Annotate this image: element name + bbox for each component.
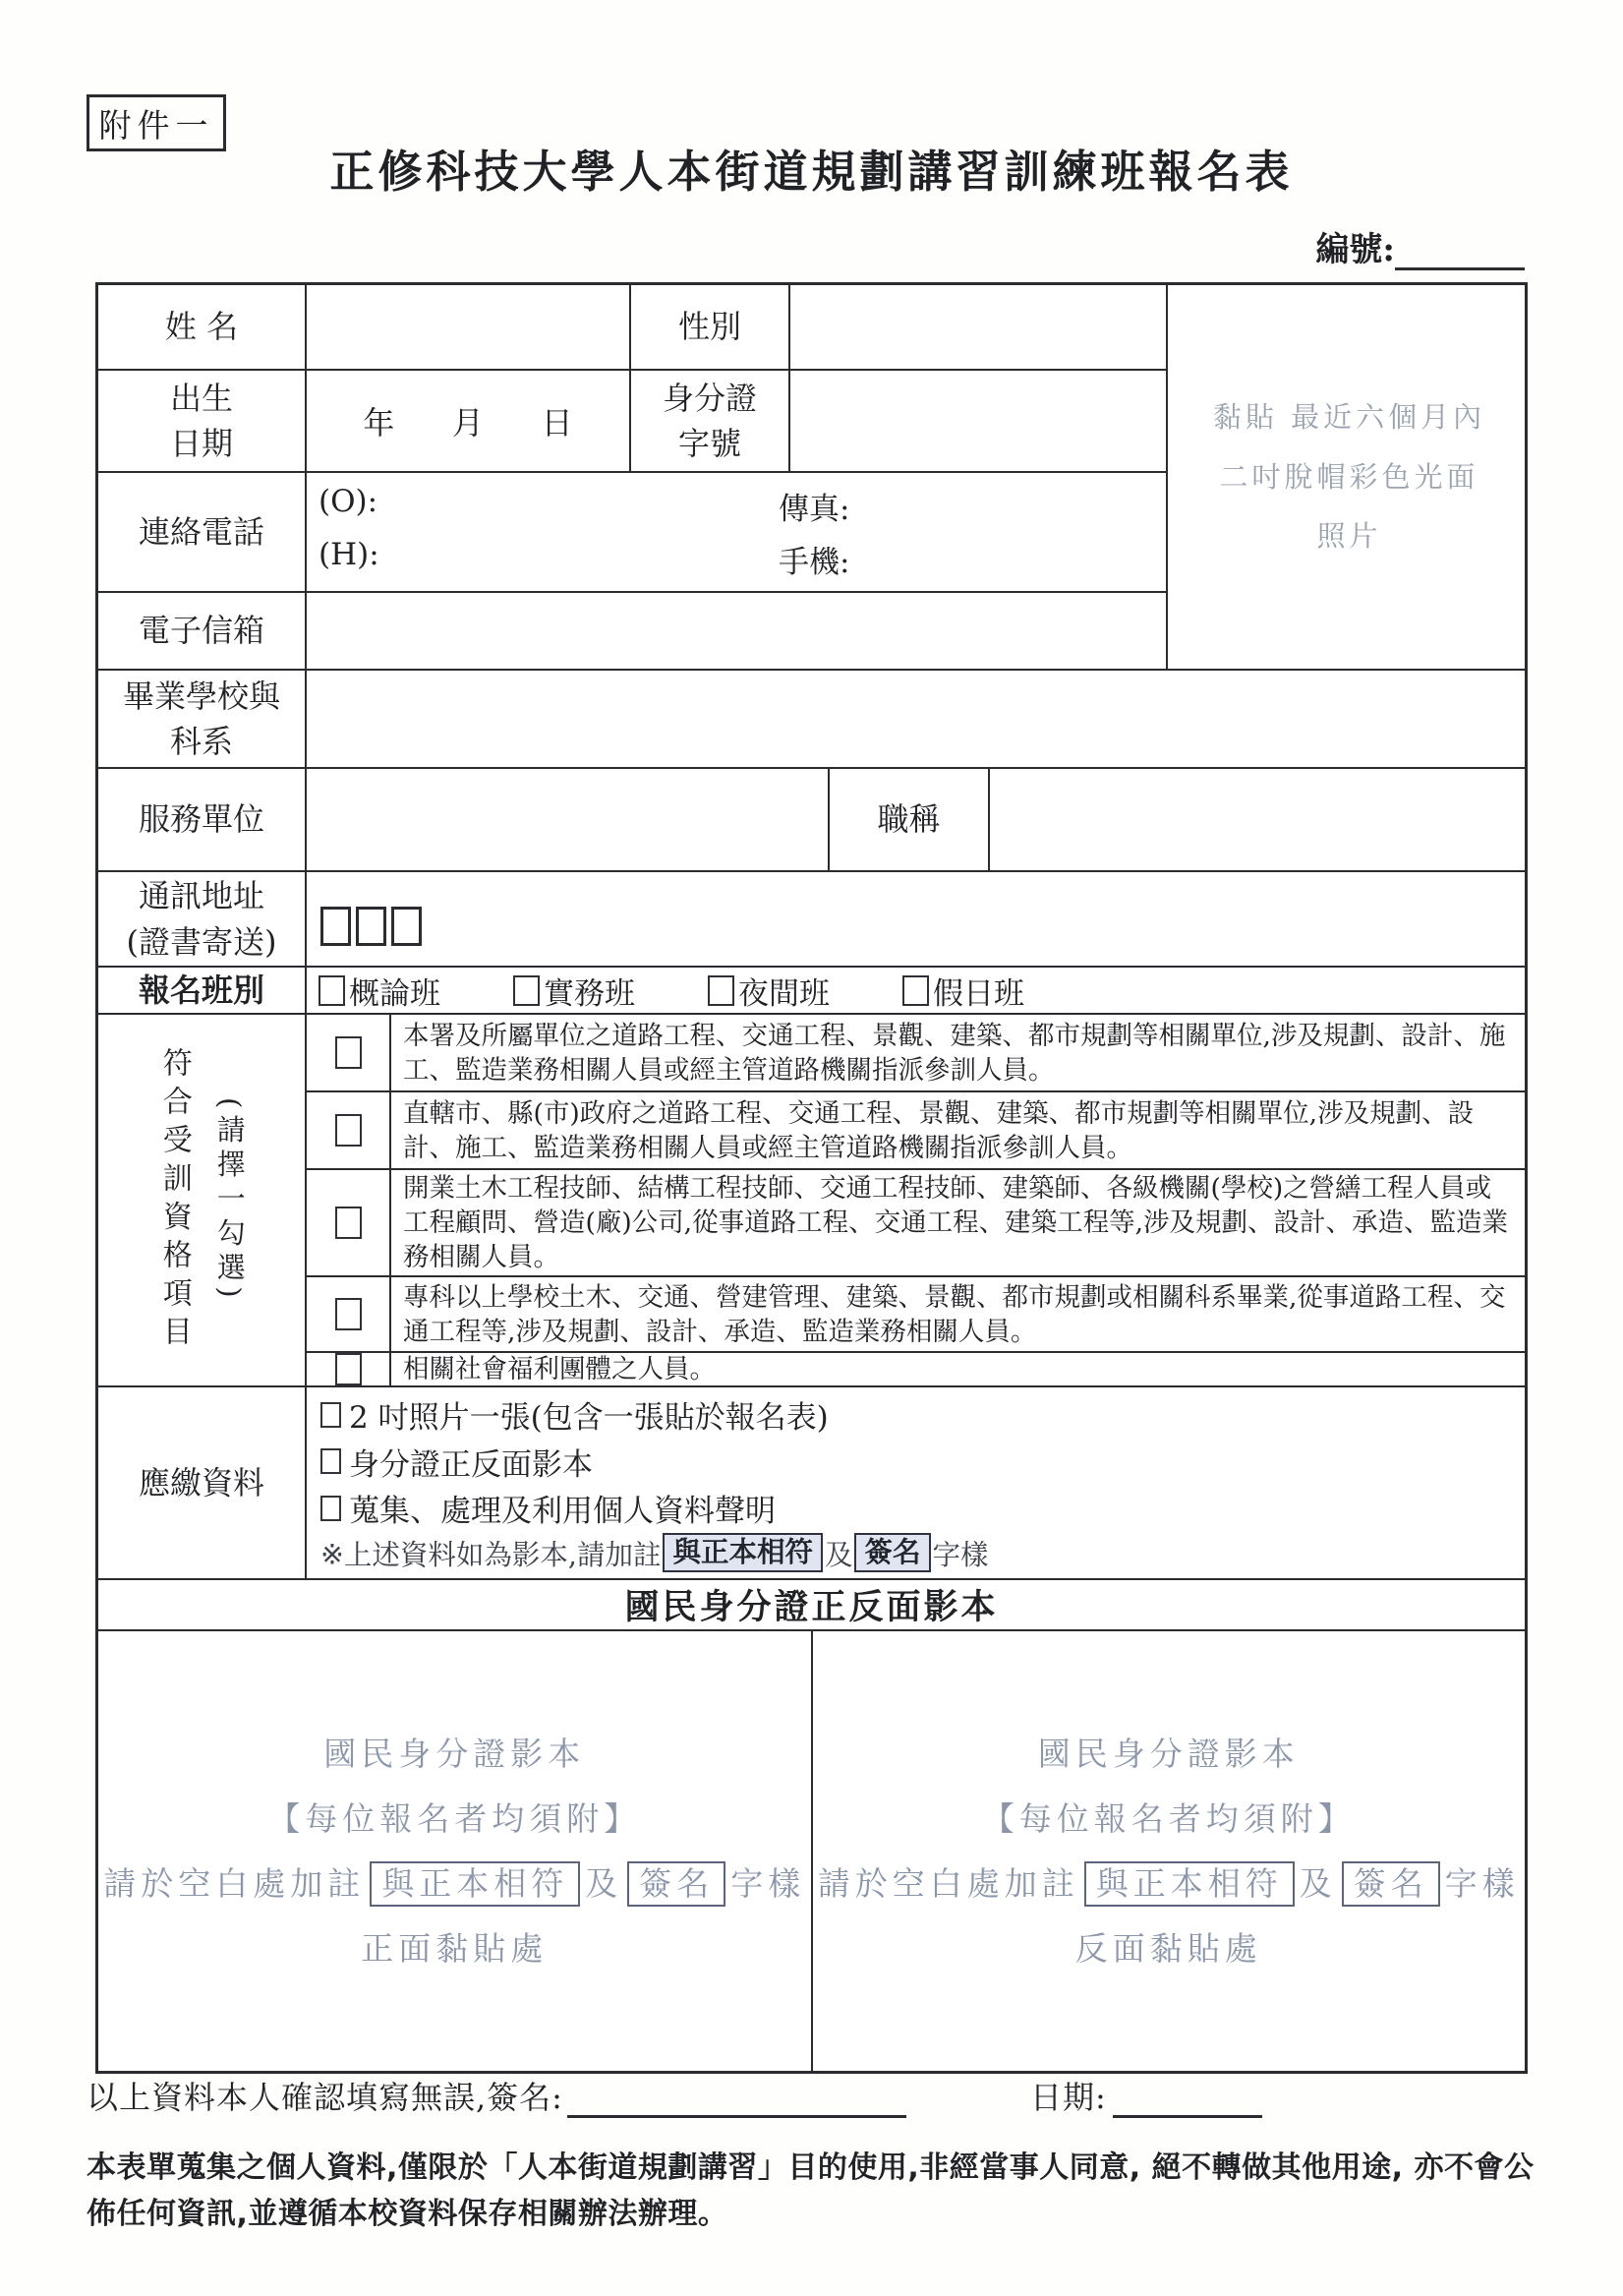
id-box-subtitle: 【每位報名者均須附】 (982, 1787, 1356, 1852)
date-label: 日期: (1030, 2073, 1107, 2118)
eligibility-label-main: 符合受訓資格項目 (152, 1047, 196, 1354)
school-row: 畢業學校與科系 (98, 671, 1525, 769)
gender-label: 性別 (631, 285, 790, 369)
class-option-intro: 概論班 (319, 969, 440, 1013)
employer-row: 服務單位 職稱 (98, 769, 1525, 872)
signature-box: 簽名 (627, 1861, 725, 1908)
address-input[interactable] (307, 872, 1525, 966)
id-copy-section: 國民身分證影本 【每位報名者均須附】 請於空白處加註與正本相符及簽名字樣 正面黏… (98, 1631, 1525, 2071)
id-number-input[interactable] (790, 371, 1166, 471)
signature-box: 簽名 (854, 1533, 930, 1572)
id-back-paste-area: 國民身分證影本 【每位報名者均須附】 請於空白處加註與正本相符及簽名字樣 反面黏… (813, 1631, 1526, 2071)
documents-section: 應繳資料 2 吋照片一張(包含一張貼於報名表) 身分證正反面影本 蒐集、處理及利… (98, 1387, 1525, 1580)
class-type-label: 報名班別 (98, 968, 307, 1013)
document-item: 蒐集、處理及利用個人資料聲明 (320, 1485, 1511, 1531)
fax-input[interactable]: 傳真: (779, 484, 849, 528)
id-box-subtitle: 【每位報名者均須附】 (267, 1787, 641, 1852)
address-row: 通訊地址(證書寄送) (98, 872, 1525, 968)
eligibility-text-2: 直轄市、縣(市)政府之道路工程、交通工程、景觀、建築、都市規劃等相關單位,涉及規… (391, 1092, 1525, 1168)
photo-paste-area: 黏貼 最近六個月內 二吋脫帽彩色光面 照片 (1166, 285, 1531, 669)
eligibility-item: 相關社會福利團體之人員。 (307, 1353, 1525, 1385)
serial-label: 編號: (1315, 222, 1395, 270)
eligibility-label: 符合受訓資格項目 (請擇一勾選) (98, 1015, 307, 1385)
address-label: 通訊地址(證書寄送) (98, 872, 307, 966)
eligibility-text-5: 相關社會福利團體之人員。 (391, 1353, 1525, 1385)
id-back-label: 反面黏貼處 (1075, 1916, 1262, 1981)
year-label: 年 (363, 398, 394, 443)
personal-info-block: 姓 名 性別 出生日期 年 月 日 身分證字號 (98, 285, 1525, 671)
gender-input[interactable] (790, 285, 1166, 369)
email-label: 電子信箱 (98, 593, 307, 669)
school-input[interactable] (307, 671, 1525, 767)
document-checkbox-idcopy[interactable] (320, 1448, 341, 1474)
id-front-paste-area: 國民身分證影本 【每位報名者均須附】 請於空白處加註與正本相符及簽名字樣 正面黏… (98, 1631, 813, 2071)
eligibility-checkbox-1[interactable] (335, 1036, 362, 1069)
id-box-note: 請於空白處加註與正本相符及簽名字樣 (818, 1852, 1520, 1916)
signature-input-line[interactable] (567, 2079, 906, 2118)
email-row: 電子信箱 (98, 593, 1166, 669)
email-input[interactable] (307, 593, 1166, 669)
confirm-text: 以上資料本人確認填寫無誤,簽名: (87, 2073, 563, 2118)
date-input-line[interactable] (1113, 2079, 1262, 2118)
id-number-label: 身分證字號 (631, 371, 790, 471)
documents-note: ※上述資料如為影本,請加註與正本相符及簽名字樣 (320, 1531, 1511, 1574)
mobile-input[interactable]: 手機: (779, 537, 849, 581)
document-checkbox-privacy[interactable] (320, 1496, 341, 1521)
privacy-statement: 本表單蒐集之個人資料,僅限於「人本街道規劃講習」目的使用,非經當事人同意, 絕不… (87, 2146, 1543, 2237)
confirmation-row: 以上資料本人確認填寫無誤,簽名: 日期: (87, 2073, 1541, 2118)
form-title: 正修科技大學人本街道規劃講習訓練班報名表 (0, 136, 1623, 200)
checkbox-night[interactable] (708, 975, 734, 1006)
name-row: 姓 名 性別 (98, 285, 1166, 371)
month-label: 月 (452, 398, 484, 443)
eligibility-text-1: 本署及所屬單位之道路工程、交通工程、景觀、建築、都市規劃等相關單位,涉及規劃、設… (391, 1015, 1525, 1090)
employer-label: 服務單位 (98, 769, 307, 870)
birth-date-label: 出生日期 (98, 371, 307, 471)
id-box-title: 國民身分證影本 (1038, 1722, 1300, 1787)
postal-code-box[interactable] (320, 907, 351, 946)
job-title-input[interactable] (990, 769, 1525, 870)
id-copy-header: 國民身分證正反面影本 (98, 1580, 1525, 1631)
eligibility-item: 本署及所屬單位之道路工程、交通工程、景觀、建築、都市規劃等相關單位,涉及規劃、設… (307, 1015, 1525, 1092)
class-option-holiday: 假日班 (902, 969, 1024, 1013)
name-input[interactable] (307, 285, 631, 369)
eligibility-checkbox-4[interactable] (335, 1298, 362, 1330)
id-box-note: 請於空白處加註與正本相符及簽名字樣 (103, 1852, 805, 1916)
phone-home-input[interactable]: (H): (319, 537, 779, 581)
eligibility-text-4: 專科以上學校土木、交通、營建管理、建築、景觀、都市規劃或相關科系畢業,從事道路工… (391, 1277, 1525, 1351)
eligibility-section: 符合受訓資格項目 (請擇一勾選) 本署及所屬單位之道路工程、交通工程、景觀、建築… (98, 1015, 1525, 1387)
class-type-row: 報名班別 概論班 實務班 夜間班 假日班 (98, 968, 1525, 1015)
match-original-box: 與正本相符 (370, 1861, 580, 1908)
eligibility-text-3: 開業土木工程技師、結構工程技師、交通工程技師、建築師、各級機關(學校)之營繕工程… (391, 1170, 1525, 1275)
checkbox-holiday[interactable] (902, 975, 929, 1006)
postal-code-box[interactable] (391, 907, 422, 946)
phone-office-input[interactable]: (O): (319, 484, 779, 528)
eligibility-checkbox-5[interactable] (335, 1353, 362, 1385)
serial-number-row: 編號: (1315, 222, 1525, 270)
name-label: 姓 名 (98, 285, 307, 369)
form-table: 姓 名 性別 出生日期 年 月 日 身分證字號 (95, 282, 1528, 2074)
document-item: 2 吋照片一張(包含一張貼於報名表) (320, 1391, 1511, 1438)
day-label: 日 (542, 398, 573, 443)
birth-date-input[interactable]: 年 月 日 (307, 371, 631, 471)
document-checkbox-photo[interactable] (320, 1402, 341, 1428)
class-option-night: 夜間班 (708, 969, 830, 1013)
phone-label: 連絡電話 (98, 473, 307, 591)
signature-box: 簽名 (1342, 1861, 1440, 1908)
phone-row: 連絡電話 (O): 傳真: (H): 手機: (98, 473, 1166, 593)
eligibility-checkbox-3[interactable] (335, 1207, 362, 1239)
photo-instructions: 黏貼 最近六個月內 二吋脫帽彩色光面 照片 (1213, 387, 1485, 567)
eligibility-label-note: (請擇一勾選) (209, 1097, 251, 1304)
serial-input-line[interactable] (1395, 231, 1525, 270)
match-original-box: 與正本相符 (1084, 1861, 1295, 1908)
id-box-title: 國民身分證影本 (323, 1722, 585, 1787)
employer-input[interactable] (307, 769, 830, 870)
document-item: 身分證正反面影本 (320, 1438, 1511, 1484)
registration-form-page: 附件一 正修科技大學人本街道規劃講習訓練班報名表 編號: 姓 名 性別 出生日期 (0, 0, 1623, 2296)
birth-row: 出生日期 年 月 日 身分證字號 (98, 371, 1166, 473)
eligibility-item: 專科以上學校土木、交通、營建管理、建築、景觀、都市規劃或相關科系畢業,從事道路工… (307, 1277, 1525, 1353)
class-option-practical: 實務班 (513, 969, 635, 1013)
eligibility-item: 開業土木工程技師、結構工程技師、交通工程技師、建築師、各級機關(學校)之營繕工程… (307, 1170, 1525, 1277)
eligibility-item: 直轄市、縣(市)政府之道路工程、交通工程、景觀、建築、都市規劃等相關單位,涉及規… (307, 1092, 1525, 1170)
checkbox-practical[interactable] (513, 975, 540, 1006)
job-title-label: 職稱 (830, 769, 990, 870)
eligibility-checkbox-2[interactable] (335, 1114, 362, 1147)
documents-label: 應繳資料 (98, 1387, 307, 1578)
checkbox-intro[interactable] (319, 975, 345, 1006)
school-label: 畢業學校與科系 (98, 671, 307, 767)
match-original-box: 與正本相符 (663, 1533, 823, 1572)
id-front-label: 正面黏貼處 (361, 1916, 548, 1981)
postal-code-box[interactable] (356, 907, 386, 946)
